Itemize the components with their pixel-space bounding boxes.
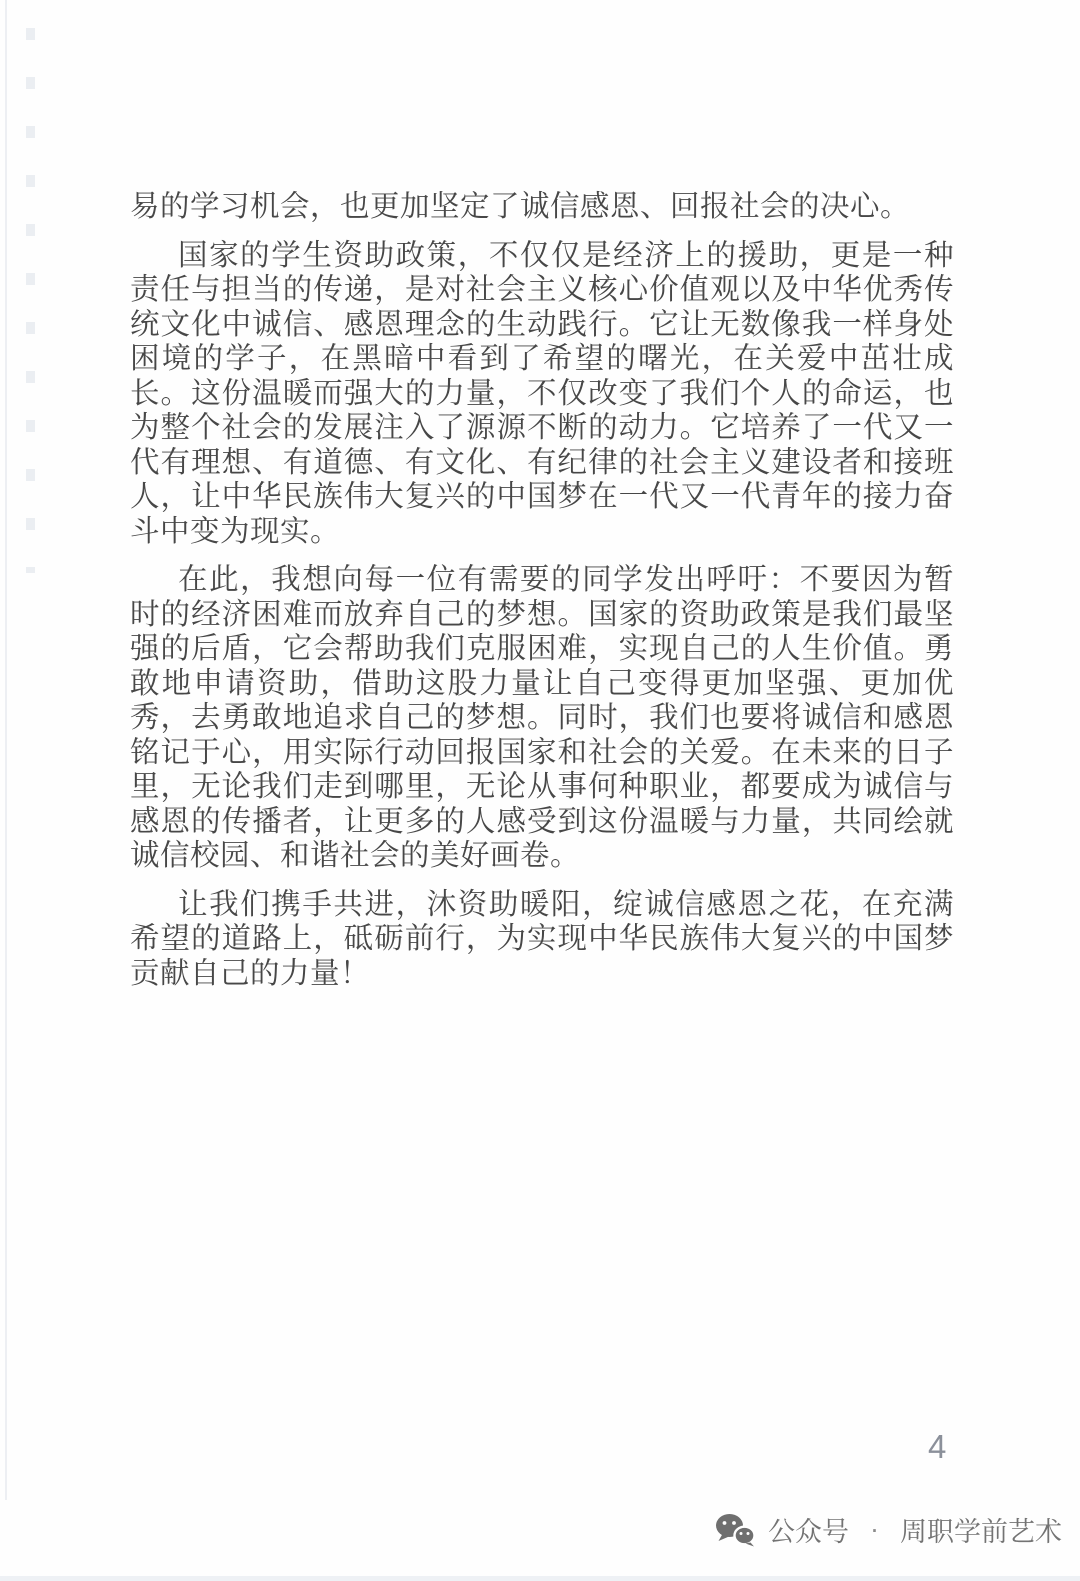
document-page: 易的学习机会，也更加坚定了诚信感恩、回报社会的决心。 国家的学生资助政策，不仅仅… [0, 0, 1080, 1581]
scan-bleed-artifact [26, 28, 35, 573]
document-body: 易的学习机会，也更加坚定了诚信感恩、回报社会的决心。 国家的学生资助政策，不仅仅… [130, 190, 954, 1005]
paragraph: 国家的学生资助政策，不仅仅是经济上的援助，更是一种责任与担当的传递，是对社会主义… [130, 239, 954, 550]
scan-bottom-edge [0, 1576, 1080, 1581]
page-number: 4 [928, 1428, 946, 1466]
paragraph: 让我们携手共进，沐资助暖阳，绽诚信感恩之花，在充满希望的道路上，砥砺前行，为实现… [130, 888, 954, 992]
wechat-watermark: 公众号 · 周职学前艺术 [715, 1510, 1062, 1549]
account-name: 周职学前艺术 [900, 1510, 1062, 1549]
paragraph: 在此，我想向每一位有需要的同学发出呼吁：不要因为暂时的经济困难而放弃自己的梦想。… [130, 563, 954, 874]
scan-edge-artifact [5, 0, 7, 1500]
separator-dot: · [870, 1514, 879, 1545]
wechat-icon [715, 1513, 755, 1547]
platform-label: 公众号 [768, 1510, 849, 1549]
paragraph-continuation: 易的学习机会，也更加坚定了诚信感恩、回报社会的决心。 [130, 190, 954, 225]
